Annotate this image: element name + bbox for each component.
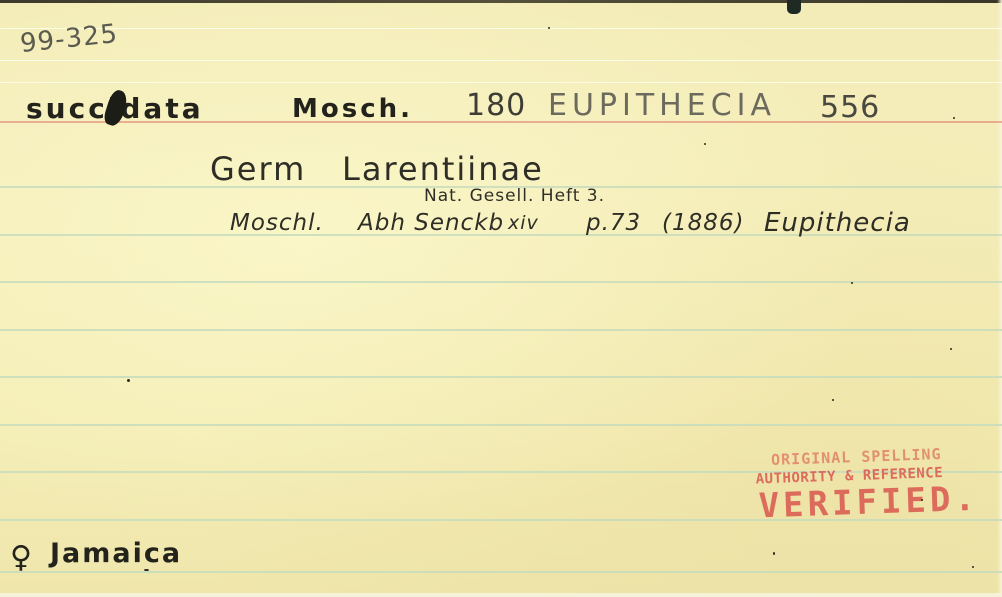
reference-genus: Eupithecia [764,208,911,238]
card-tab-mark [787,0,801,14]
green-rule [0,571,1002,573]
faint-rule [0,28,1002,29]
card-top-edge [0,0,1002,3]
paper-speck [832,399,834,401]
paper-speck [950,348,952,350]
paper-speck [127,379,130,382]
paper-speck [851,282,853,284]
green-rule [0,424,1002,426]
paper-speck [953,117,955,119]
card-right-edge [997,0,1002,597]
locality-type: Germ [210,150,306,188]
genus-name: EUPITHECIA [548,88,776,123]
reference-insertion: Nat. Gesell. Heft 3. [424,186,605,206]
verification-stamp: ORIGINAL SPELLING AUTHORITY & REFERENCE … [751,444,963,525]
paper-speck [548,27,550,29]
species-author: Mosch. [292,94,413,124]
faint-rule [0,60,1002,61]
species-number: 556 [820,90,880,125]
paper-speck [921,499,923,501]
reference-author: Moschl. [230,210,324,236]
accession-number: 99-325 [19,19,120,59]
specimen-locality: Jamaica [50,538,182,569]
genus-number: 180 [466,88,526,123]
paper-speck [704,143,706,145]
green-rule [0,376,1002,378]
reference-page: p.73 [586,210,641,236]
paper-speck [773,552,775,555]
faint-rule [0,82,1002,83]
reference-year: (1886) [662,210,744,236]
female-symbol: ♀ [10,540,33,575]
subfamily: Larentiinae [342,150,544,188]
paper-speck [972,566,974,568]
green-rule [0,329,1002,331]
index-card: 99-325 succidata Mosch. 180 EUPITHECIA 5… [0,0,1002,597]
stamp-line-verified: VERIFIED. [758,480,963,525]
reference-volume: xiv [508,212,539,234]
reference-publication: Abh Senckb [358,210,504,236]
paper-speck [144,569,149,571]
card-bottom-edge [0,593,1002,597]
